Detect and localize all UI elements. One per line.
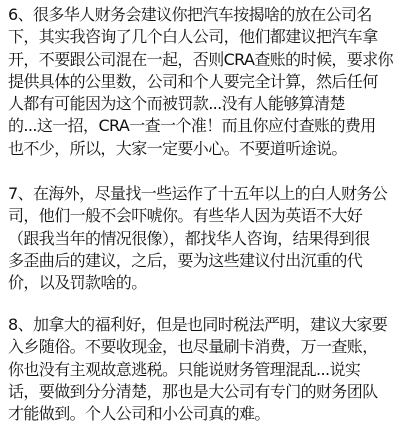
paragraph-8: 8、加拿大的福利好，但是也同时税法严明，建议大家要 入乡随俗。不要收现金，也尽量… <box>8 314 387 425</box>
text-line: 人都有可能因为这个而被罚款...没有人能够算清楚 <box>8 93 393 115</box>
text-line: 司，他们一般不会吓唬你。有些华人因为英语不大好 <box>8 205 387 227</box>
text-line: （跟我当年的情况很像），都找华人咨询，结果得到很 <box>8 228 387 250</box>
paragraph-6: 6、很多华人财务会建议你把汽车按揭啥的放在公司名 下，其实我咨询了几个白人公司，… <box>8 4 393 160</box>
text-line: 你也没有主观故意逃税。只能说财务管理混乱...说实 <box>8 359 387 381</box>
text-line: 6、很多华人财务会建议你把汽车按揭啥的放在公司名 <box>8 4 393 26</box>
text-line: 开，不要跟公司混在一起，否则CRA查账的时候，要求你 <box>8 49 393 71</box>
text-line: 7、在海外，尽量找一些运作了十五年以上的白人财务公 <box>8 183 387 205</box>
text-line: 8、加拿大的福利好，但是也同时税法严明，建议大家要 <box>8 314 387 336</box>
text-line: 也不少，所以，大家一定要小心。不要道听途说。 <box>8 138 393 160</box>
text-line: 才能做到。个人公司和小公司真的难。 <box>8 403 387 425</box>
text-line: 的...这一招，CRA一查一个准！而且你应付查账的费用 <box>8 115 393 137</box>
text-line: 话，要做到分分清楚，那也是大公司有专门的财务团队 <box>8 381 387 403</box>
text-line: 入乡随俗。不要收现金，也尽量刷卡消费，万一查账， <box>8 336 387 358</box>
text-line: 价，以及罚款啥的。 <box>8 272 387 294</box>
text-line: 提供具体的公里数，公司和个人要完全计算，然后任何 <box>8 71 393 93</box>
paragraph-7: 7、在海外，尽量找一些运作了十五年以上的白人财务公 司，他们一般不会吓唬你。有些… <box>8 183 387 294</box>
text-line: 多歪曲后的建议，之后，要为这些建议付出沉重的代 <box>8 250 387 272</box>
text-line: 下，其实我咨询了几个白人公司，他们都建议把汽车拿 <box>8 26 393 48</box>
